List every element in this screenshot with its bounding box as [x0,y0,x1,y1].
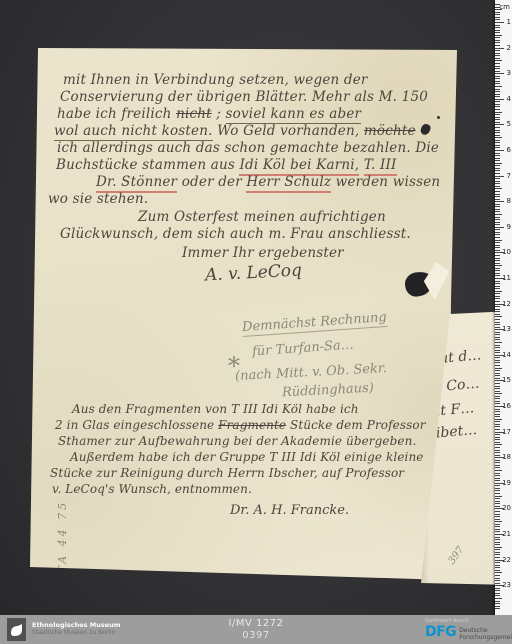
ruler-tick [495,332,500,333]
ruler-tick [495,316,502,317]
ruler-tick [495,557,500,558]
ruler-tick [495,163,502,164]
ruler-tick [495,35,502,36]
letter-segment: Wo Geld vorhanden, [213,123,364,139]
ruler-tick [495,273,500,274]
ruler-tick [495,94,500,95]
ruler-tick [495,352,500,353]
ruler-tick [495,258,500,259]
ruler-tick [495,455,500,456]
ruler-number: 18 [502,453,511,461]
ruler-tick [495,237,500,238]
ruler-tick [495,542,500,543]
ruler-tick [495,416,500,417]
ruler-tick [495,86,502,87]
ruler-tick [495,565,500,566]
ruler-tick [495,242,500,243]
ruler-tick [495,593,500,594]
pencil-note-line: Demnächst Rechnung [242,310,388,335]
ruler-tick [495,83,500,84]
ruler-tick [495,537,500,538]
ruler-tick [495,12,500,13]
ruler-tick [495,196,500,197]
ruler-tick [495,130,500,131]
ruler-tick [495,96,500,97]
ruler-tick [495,603,500,604]
ruler-tick [495,250,500,251]
ruler-tick [495,337,500,338]
ruler-number: 8 [507,197,511,205]
ruler-tick [495,140,500,141]
ruler-tick [495,73,504,74]
ruler-tick [495,214,502,215]
ruler-tick [495,391,500,392]
ruler-tick [495,319,500,320]
ruler-tick [495,462,500,463]
ruler-tick [495,158,500,159]
ruler-tick [495,452,500,453]
francke-line: v. LeCoq's Wunsch, entnommen. [52,482,252,496]
ruler-tick [495,109,500,110]
ruler-tick [495,150,504,151]
letter-line: Dr. Stönner oder der Herr Schulz werden … [96,174,440,190]
francke-line: Außerdem habe ich der Gruppe T III Idi K… [70,450,424,464]
letter-segment-struck: möchte [364,123,416,139]
ruler-number: 9 [507,223,511,231]
letter-line: ich allerdings auch das schon gemachte b… [57,140,439,156]
ruler-tick [495,467,500,468]
ruler-tick [495,339,500,340]
ruler-number: 23 [502,581,511,589]
ruler-tick [495,17,500,18]
letter-segment: oder der [177,174,246,190]
ruler-tick [495,281,500,282]
ruler-tick [495,578,500,579]
ruler-tick [495,30,500,31]
ruler-tick [495,598,502,599]
ruler-tick [495,270,500,271]
ruler-tick [495,135,500,136]
ruler-number: 4 [507,95,511,103]
ruler-tick [495,122,500,123]
ruler-number: 1 [507,18,511,26]
letter-segment: ; [212,106,226,122]
ruler-tick [495,409,500,410]
ruler-tick [495,68,500,69]
francke-segment: Stücke dem Professor [286,418,425,432]
ruler-tick [495,206,500,207]
ruler-tick [495,501,500,502]
ruler-tick [495,291,502,292]
ruler-tick [495,539,500,540]
ruler-tick [495,22,504,23]
ruler-tick [495,506,500,507]
ruler-tick [495,421,500,422]
ruler-tick [495,240,502,241]
ruler-tick [495,370,500,371]
ruler-tick [495,485,500,486]
ruler-tick [495,516,500,517]
ruler-tick [495,562,500,563]
letter-segment-underlined: soviel kann es aber [226,106,362,124]
dfg-logo: DFG [425,625,456,639]
ruler-tick [495,473,500,474]
ruler-tick [495,173,500,174]
ruler-tick [495,368,502,369]
ruler-number: 2 [507,44,511,52]
ruler-tick [495,357,500,358]
ruler-tick [495,183,500,184]
ruler-tick [495,301,500,302]
ruler-tick [495,145,500,146]
francke-segment: 2 in Glas eingeschlossene [55,418,218,432]
letter-segment-red-underlined: Herr Schulz [246,174,331,193]
ruler-tick [495,601,500,602]
francke-line: Aus den Fragmenten von T III Idi Köl hab… [72,402,359,416]
ruler-tick [495,572,502,573]
ruler-tick [495,447,500,448]
ruler-tick [495,347,500,348]
ruler-tick [495,48,504,49]
pencil-note-line: Rüddinghaus) [282,381,375,401]
ruler-tick [495,99,504,100]
ruler-tick [495,227,504,228]
ruler-tick [495,153,500,154]
ruler-number: 6 [507,146,511,154]
ruler-tick [495,426,500,427]
ruler-tick [495,191,500,192]
ruler-tick [495,55,500,56]
ruler-tick [495,234,500,235]
ruler-tick [495,89,500,90]
ruler-tick [495,327,500,328]
ruler-tick [495,63,500,64]
ruler-tick [495,490,500,491]
ruler-tick [495,101,500,102]
ruler-tick [495,194,500,195]
pencil-note-line: für Turfan-Sa… [252,337,355,359]
ruler-tick [495,66,500,67]
francke-segment-struck: Fragmente [218,418,286,432]
ruler-tick [495,211,500,212]
ruler-tick [495,437,500,438]
ruler-tick [495,181,500,182]
ruler-tick [495,362,500,363]
ruler-tick [495,42,500,43]
ruler-tick [495,293,500,294]
lecoq-signature: A. v. LeCoq [205,260,303,285]
ruler-tick [495,27,500,28]
ruler-tick [495,324,500,325]
ruler-tick [495,503,500,504]
ruler-tick [495,552,500,553]
ruler-tick [495,575,500,576]
ruler-tick [495,165,500,166]
ruler-tick [495,4,500,5]
ruler-tick [495,224,500,225]
ruler-tick [495,424,500,425]
ruler-tick [495,442,500,443]
ruler-number: 7 [507,172,511,180]
footer-bar: Ethnologisches Museum Staatliche Museen … [0,615,512,644]
ruler-tick [495,547,502,548]
ruler-tick [495,373,500,374]
ruler-tick [495,470,502,471]
ruler-tick [495,91,500,92]
ruler-tick [495,168,500,169]
ruler-tick [495,155,500,156]
pencil-segment-underlined: Demnächst Rechnung [242,310,388,337]
ruler-number: 12 [502,300,511,308]
ruler-tick [495,414,500,415]
francke-line: 2 in Glas eingeschlossene Fragmente Stüc… [55,418,426,432]
ruler-tick [495,511,500,512]
dfg-logo-row: DFG Deutsche Forschungsgemeinschaft [425,625,512,641]
ruler-tick [495,360,500,361]
letter-line: Conservierung der übrigen Blätter. Mehr … [60,89,428,105]
ruler-number: 11 [502,274,511,282]
ruler-tick [495,554,500,555]
ruler-tick [495,286,500,287]
letter-segment: Buchstücke stammen aus [56,157,239,173]
ruler-tick [495,311,500,312]
ruler-tick [495,493,500,494]
ruler-tick [495,306,500,307]
ruler-tick [495,260,500,261]
ruler-number: 13 [502,325,511,333]
ruler-tick [495,401,500,402]
ruler-tick [495,567,500,568]
ruler-tick [495,81,500,82]
ruler-tick [495,478,500,479]
ruler-tick [495,434,500,435]
ruler-tick [495,76,500,77]
ruler-tick [495,606,500,607]
ruler-tick [495,263,500,264]
ruler-tick [495,465,500,466]
ruler-tick [495,296,500,297]
ruler-tick [495,298,500,299]
ruler-tick [495,403,500,404]
ruler: cm 1234567891011121314151617181920212223 [495,0,512,616]
ruler-tick [495,127,500,128]
ruler-tick [495,475,500,476]
letter-line: wo sie stehen. [48,191,148,207]
letter-segment-underlined: wol auch nicht kosten. [54,123,213,141]
ruler-tick [495,375,500,376]
dfg-name-line1: Deutsche [459,627,512,634]
ruler-tick [495,393,502,394]
ruler-tick [495,583,500,584]
ruler-tick [495,78,500,79]
ruler-number: 17 [502,428,511,436]
letter-segment-struck: nicht [176,106,212,122]
letter-line: Buchstücke stammen aus Idi Köl bei Karni… [56,157,397,173]
letter-line: wol auch nicht kosten. Wo Geld vorhanden… [54,123,416,139]
ruler-tick [495,188,502,189]
ruler-tick [495,496,502,497]
letter-line: Glückwunsch, dem sich auch m. Frau ansch… [60,226,411,242]
document-scan: mit Ihnen in Verbindung setzen, wegen de… [0,0,512,644]
ruler-tick [495,19,500,20]
ruler-tick [495,275,500,276]
ruler-tick [495,222,500,223]
ruler-tick [495,7,500,8]
ruler-tick [495,309,500,310]
ruler-tick [495,386,500,387]
ruler-tick [495,419,502,420]
ruler-tick [495,104,500,105]
francke-line: Sthamer zur Aufbewahrung bei der Akademi… [58,434,416,448]
ruler-tick [495,519,500,520]
francke-line: Stücke zur Reinigung durch Herrn Ibscher… [50,466,404,480]
ruler-number: 3 [507,69,511,77]
ruler-tick [495,514,500,515]
ruler-tick [495,595,500,596]
ruler-tick [495,322,500,323]
ruler-tick [495,388,500,389]
ruler-tick [495,524,500,525]
ruler-tick [495,112,502,113]
ruler-tick [495,37,500,38]
ruler-tick [495,460,500,461]
ruler-tick [495,544,500,545]
dfg-logo-block: Gefördert durch DFG Deutsche Forschungsg… [425,618,512,641]
ruler-tick [495,350,500,351]
ruler-tick [495,40,500,41]
letter-segment: habe ich freilich [57,106,176,122]
ruler-tick [495,186,500,187]
ruler-tick [495,570,500,571]
ruler-tick [495,365,500,366]
ruler-tick [495,25,500,26]
letter-sheet: mit Ihnen in Verbindung setzen, wegen de… [30,47,457,580]
ruler-tick [495,580,500,581]
ruler-number: 15 [502,376,511,384]
ruler-tick [495,32,500,33]
ruler-number: 22 [502,556,511,564]
ruler-tick [495,526,500,527]
ruler-tick [495,217,500,218]
ruler-tick [495,247,500,248]
ruler-tick [495,114,500,115]
ink-speck [437,116,440,119]
ruler-tick [495,488,500,489]
ruler-tick [495,590,500,591]
ruler-tick [495,411,500,412]
vertical-pencil-note: 602 TA 44 75 [56,500,69,610]
ruler-number: 16 [502,402,511,410]
ruler-tick [495,58,500,59]
ruler-tick [495,608,500,609]
letter-line: habe ich freilich nicht ; soviel kann es… [57,106,361,122]
ruler-tick [495,529,500,530]
ruler-tick [495,378,500,379]
ruler-tick [495,178,500,179]
ruler-tick [495,142,500,143]
ruler-tick [495,137,502,138]
ruler-tick [495,265,502,266]
dfg-full-name: Deutsche Forschungsgemeinschaft [459,625,512,641]
ruler-tick [495,132,500,133]
ruler-tick [495,9,502,10]
ruler-number: 19 [502,479,511,487]
ruler-tick [495,450,500,451]
ruler-number: 20 [502,504,511,512]
ruler-number: 14 [502,351,511,359]
ruler-tick [495,342,502,343]
ruler-tick [495,345,500,346]
ruler-tick [495,396,500,397]
ruler-tick [495,480,500,481]
ruler-tick [495,119,500,120]
ruler-tick [495,204,500,205]
ruler-number: 10 [502,248,511,256]
ruler-tick [495,199,500,200]
letter-segment: werden wissen [331,174,440,190]
ruler-tick [495,334,500,335]
ruler-tick [495,588,500,589]
ruler-number: 21 [502,530,511,538]
ruler-tick [495,160,500,161]
ruler-tick [495,283,500,284]
ruler-tick [495,14,500,15]
ruler-tick [495,229,500,230]
ruler-tick [495,45,500,46]
ruler-tick [495,314,500,315]
ruler-tick [495,549,500,550]
ruler-tick [495,53,500,54]
francke-signature: Dr. A. H. Francke. [230,503,349,518]
ruler-tick [495,398,500,399]
ruler-tick [495,498,500,499]
ruler-tick [495,429,500,430]
ruler-tick [495,219,500,220]
ruler-tick [495,209,500,210]
ruler-tick [495,383,500,384]
ruler-tick [495,50,500,51]
ruler-tick [495,232,500,233]
letter-closing: Immer Ihr ergebenster [182,245,344,261]
ruler-tick [495,106,500,107]
ruler-tick [495,201,504,202]
ruler-tick [495,245,500,246]
ruler-tick [495,255,500,256]
ruler-tick [495,60,502,61]
letter-line: mit Ihnen in Verbindung setzen, wegen de… [63,72,368,88]
ruler-tick [495,444,502,445]
ruler-tick [495,117,500,118]
ruler-tick [495,71,500,72]
letter-line: Zum Osterfest meinen aufrichtigen [138,209,386,225]
ruler-tick [495,147,500,148]
ruler-tick [495,124,504,125]
ruler-tick [495,170,500,171]
ruler-tick [495,521,502,522]
ruler-tick [495,288,500,289]
dfg-name-line2: Forschungsgemeinschaft [459,634,512,641]
ruler-number: 5 [507,120,511,128]
ruler-tick [495,268,500,269]
ruler-tick [495,531,500,532]
ruler-tick [495,176,504,177]
ruler-tick [495,439,500,440]
